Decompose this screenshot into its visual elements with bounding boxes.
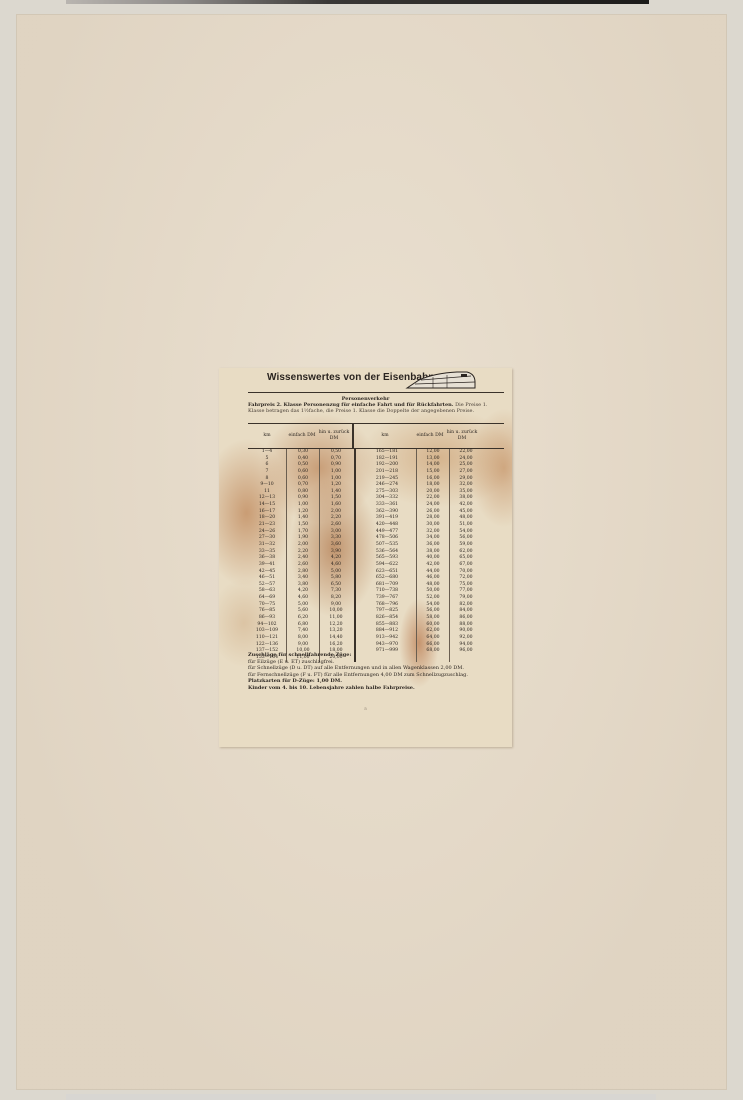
table-cell: 4,20 [320,555,352,562]
table-cell: 565—593 [358,555,416,562]
table-cell: 2,00 [287,542,319,549]
table-cell: 4,60 [320,562,352,569]
table-cell: 18,00 [417,482,449,489]
table-cell: 14,00 [417,462,449,469]
table-cell: 6,20 [287,615,319,622]
table-cell: 1,00 [287,502,319,509]
table-cell: 0,90 [320,462,352,469]
table-cell: 24,00 [417,502,449,509]
table-cell: 30,00 [417,522,449,529]
table-cell: 4,60 [287,595,319,602]
table-cell: 14,40 [320,635,352,642]
table-cell: 13,20 [320,628,352,635]
table-cell: 40,00 [417,555,449,562]
table-cell: 507—535 [358,542,416,549]
table-cell: 25,00 [450,462,482,469]
table-cell: 8,00 [287,635,319,642]
col-header-km: km [248,433,286,439]
table-cell: 2,60 [320,522,352,529]
table-cell: 333—361 [358,502,416,509]
table-cell: 3,60 [320,542,352,549]
table-cell: 826—854 [358,615,416,622]
surcharge-notes: Zuschläge für schnellfahrende Züge: für … [248,652,504,691]
table-cell: 21—23 [248,522,286,529]
table-cell: 1,50 [287,522,319,529]
table-cell: 2,60 [287,562,319,569]
table-cell: 9—10 [248,482,286,489]
table-cell: 90,00 [450,628,482,635]
table-cell: 2,40 [287,555,319,562]
table-cell: 39—41 [248,562,286,569]
table-cell: 7,40 [287,628,319,635]
table-divider [354,449,356,662]
table-cell: 1,00 [320,469,352,476]
table-cell: 11,00 [320,615,352,622]
table-cell: 420—448 [358,522,416,529]
left-einfach-column: 0,300,400,500,600,600,700,800,901,001,20… [287,449,319,662]
table-cell: 79,00 [450,595,482,602]
table-cell: 0,50 [287,462,319,469]
note-line: Kinder vom 4. bis 10. Lebensjahre zahlen… [248,685,504,692]
table-cell: 46—51 [248,575,286,582]
table-cell: 27—30 [248,535,286,542]
top-frame-edge [66,0,649,4]
section-intro: Fahrpreis 2. Klasse Personenzug für einf… [248,402,504,414]
right-km-column: 165—181182—191192—200201—218219—245246—2… [358,449,416,662]
table-cell: 1,60 [320,502,352,509]
table-cell: 67,00 [450,562,482,569]
header-rule [248,392,504,393]
table-cell: 1—4 [248,449,286,456]
col-header-km: km [356,433,414,439]
table-cell: 65,00 [450,555,482,562]
left-km-column: 1—456789—101112—1314—1516—1718—2021—2324… [248,449,286,662]
table-cell: 0,60 [287,469,319,476]
table-body: 1—456789—101112—1314—1516—1718—2021—2324… [248,449,504,662]
table-cell: 192—200 [358,462,416,469]
col-header-einfach: einfach DM [414,433,446,439]
table-divider [352,424,354,448]
table-cell: 92,00 [450,635,482,642]
fare-table-sheet: Wissenswertes von der Eisenbahn Personen… [219,368,512,747]
table-cell: 42,00 [450,502,482,509]
table-cell: 34,00 [417,535,449,542]
table-cell: 3,40 [287,575,319,582]
col-header-hin-zurueck: hin u. zurück DM [318,430,350,442]
col-header-einfach: einfach DM [286,433,318,439]
table-cell: 0,70 [287,482,319,489]
table-cell: 6 [248,462,286,469]
table-cell: 14—15 [248,502,286,509]
table-cell: 15,00 [417,469,449,476]
table-cell: 739—767 [358,595,416,602]
table-cell: 246—274 [358,482,416,489]
table-cell: 86—93 [248,615,286,622]
table-cell: 8,20 [320,595,352,602]
table-cell: 103—109 [248,628,286,635]
table-cell: 1,20 [320,482,352,489]
sheet-header: Wissenswertes von der Eisenbahn [219,368,512,394]
table-cell: 42,00 [417,562,449,569]
right-einfach-column: 12,0013,0014,0015,0016,0018,0020,0022,00… [417,449,449,662]
table-cell: 36,00 [417,542,449,549]
table-cell: 594—622 [358,562,416,569]
table-cell: 7 [248,469,286,476]
table-cell: 64,00 [417,635,449,642]
table-cell: 51,00 [450,522,482,529]
table-cell: 165—181 [358,449,416,456]
table-cell: 59,00 [450,542,482,549]
table-cell: 652—680 [358,575,416,582]
fare-table: km einfach DM hin u. zurück DM km einfac… [248,423,504,662]
table-cell: 110—121 [248,635,286,642]
table-cell: 5,80 [320,575,352,582]
table-cell: 12,00 [417,449,449,456]
table-cell: 46,00 [417,575,449,582]
table-cell: 31—32 [248,542,286,549]
col-header-hin-zurueck: hin u. zurück DM [446,430,478,442]
table-cell: 86,00 [450,615,482,622]
table-cell: 64—69 [248,595,286,602]
table-cell: 0,50 [320,449,352,456]
table-cell: 3,30 [320,535,352,542]
table-cell: 32,00 [450,482,482,489]
bottom-frame-edge [66,1094,656,1100]
page-mark: 5 [219,706,512,711]
train-icon [405,370,477,390]
table-header: km einfach DM hin u. zurück DM km einfac… [248,423,504,449]
table-cell: 478—506 [358,535,416,542]
table-cell: 913—942 [358,635,416,642]
table-cell: 62,00 [417,628,449,635]
table-cell: 27,00 [450,469,482,476]
table-cell: 22,00 [450,449,482,456]
table-cell: 884—912 [358,628,416,635]
table-cell: 201—218 [358,469,416,476]
table-cell: 0,30 [287,449,319,456]
right-hin-zurueck-column: 22,0024,0025,0027,0029,0032,0035,0038,00… [450,449,482,662]
table-cell: 56,00 [450,535,482,542]
table-cell: 72,00 [450,575,482,582]
table-cell: 1,90 [287,535,319,542]
table-cell: 36—38 [248,555,286,562]
table-cell: 58,00 [417,615,449,622]
table-cell: 52,00 [417,595,449,602]
left-hin-zurueck-column: 0,500,700,901,001,001,201,401,501,602,00… [320,449,352,662]
